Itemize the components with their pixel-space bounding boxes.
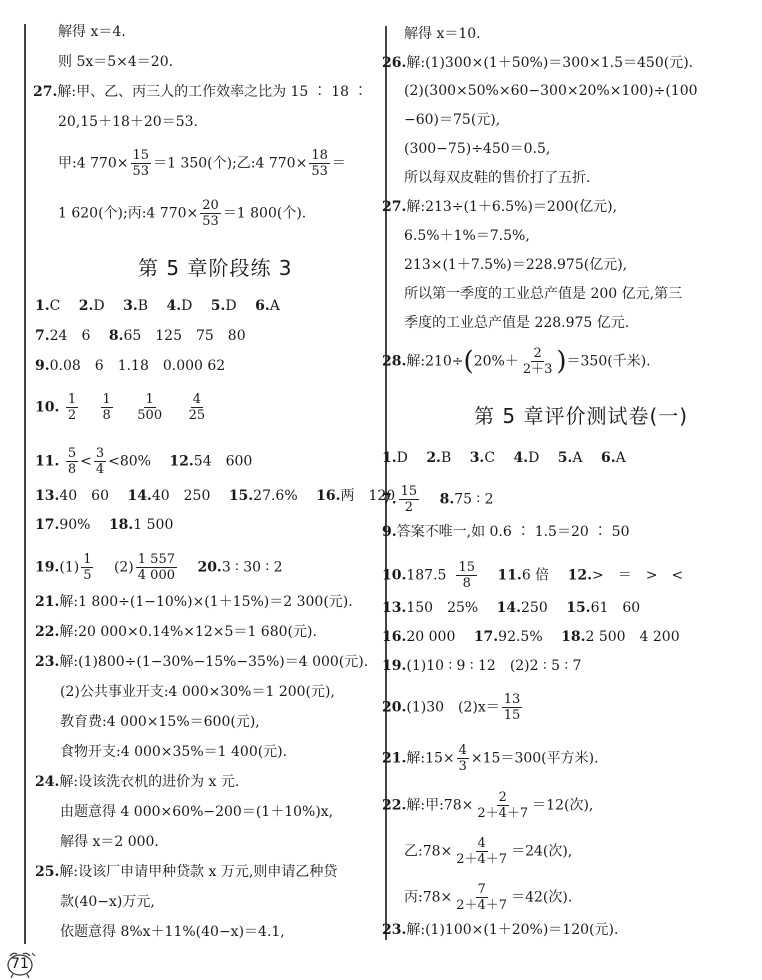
answer: 250 — [521, 600, 548, 616]
question-25: 25.解:设该厂申请甲种贷款 x 万元,则申请乙种贷 — [35, 862, 337, 882]
fraction: 22＋3 — [521, 346, 555, 377]
numerator: 2 — [531, 346, 543, 362]
denominator: 2＋3 — [521, 362, 555, 377]
question-24: 24.解:设该洗衣机的进价为 x 元. — [35, 772, 239, 792]
answer: D — [528, 450, 539, 466]
fraction: 152 — [399, 484, 420, 515]
denominator: 53 — [200, 214, 221, 229]
denominator: 4 — [94, 462, 106, 477]
question-number: 19. — [382, 658, 406, 674]
fraction: 1 5574 000 — [136, 552, 177, 583]
denominator: 8 — [66, 462, 78, 477]
denominator: 53 — [309, 164, 330, 179]
numerator: 15 — [131, 148, 152, 164]
section-title: 第 5 章评价测试卷(一) — [474, 400, 688, 429]
numerator: 1 — [66, 392, 78, 408]
solution-text: 解:20 000×0.14%×12×5＝1 680(元). — [59, 624, 317, 640]
question-27: 27.解:213÷(1＋6.5%)＝200(亿元), — [382, 197, 617, 217]
solution-line: 甲:4 770×1553＝1 350(个);乙:4 770×1853＝ — [58, 148, 346, 179]
solution-line: (2)(300×50%×60−300×20%×100)÷(100 — [404, 81, 698, 101]
answer: C — [50, 298, 61, 314]
text: ＝42(次). — [511, 890, 572, 906]
question-number: 1. — [35, 298, 50, 314]
question-number: 8. — [109, 328, 124, 344]
question-number: 2. — [79, 298, 94, 314]
answer: D — [225, 298, 236, 314]
fraction: 158 — [456, 560, 477, 591]
answer: 187.5 — [406, 568, 446, 584]
numerator: 1 — [101, 392, 113, 408]
question-number: 13. — [382, 600, 406, 616]
solution-text: 解:设该厂申请甲种贷款 x 万元,则申请乙种贷 — [59, 864, 337, 880]
fraction: 2053 — [200, 198, 221, 229]
solution-line: 解得 x＝10. — [404, 24, 481, 44]
answer: 27.6% — [253, 488, 297, 504]
solution-line: 食物开支:4 000×35%＝1 400(元). — [60, 742, 287, 762]
text: (2) — [114, 560, 134, 576]
answer: 2 500 4 200 — [585, 629, 679, 645]
question-number: 22. — [382, 798, 406, 814]
solution-line: 解得 x＝4. — [58, 22, 126, 42]
question-number: 4. — [513, 450, 528, 466]
answer-row: 13.150 25% 14.250 15.61 60 — [382, 598, 640, 618]
answer-row: 13.40 60 14.40 250 15.27.6% 16.两 120 — [35, 486, 395, 506]
text: 解:15× — [406, 751, 454, 767]
page-number-badge: 71 — [4, 950, 36, 978]
fraction: 1853 — [309, 148, 330, 179]
question-23: 23.解:(1)100×(1＋20%)＝120(元). — [382, 920, 618, 940]
answer: 6 倍 — [522, 568, 549, 584]
answer: 54 600 — [194, 454, 253, 470]
answer-row: 11. 58<34<80% 12.54 600 — [35, 446, 252, 477]
numerator: 4 — [476, 836, 488, 852]
denominator: 5 — [81, 568, 93, 583]
answer: D — [397, 450, 408, 466]
question-number: 12. — [169, 454, 193, 470]
question-23: 23.解:(1)800÷(1−30%−15%−35%)＝4 000(元). — [35, 652, 368, 672]
question-number: 12. — [568, 568, 592, 584]
left-margin-rule — [24, 24, 26, 944]
solution-line: 依题意得 8%x＋11%(40−x)＝4.1, — [60, 922, 285, 942]
question-number: 19. — [35, 560, 59, 576]
question-22: 22.解:20 000×0.14%×12×5＝1 680(元). — [35, 622, 317, 642]
denominator: 25 — [187, 408, 208, 423]
question-number: 3. — [123, 298, 138, 314]
question-number: 9. — [382, 524, 397, 540]
text: ＝1 800(个). — [223, 206, 306, 222]
answer: 65 125 75 80 — [123, 328, 245, 344]
fraction: 1553 — [131, 148, 152, 179]
solution-text: 解:(1)100×(1＋20%)＝120(元). — [406, 922, 618, 938]
question-number: 6. — [601, 450, 616, 466]
text: 解:210÷ — [406, 354, 463, 370]
solution-line: 1 620(个);丙:4 770×2053＝1 800(个). — [58, 198, 306, 229]
solution-line: 所以第一季度的工业总产值是 200 亿元,第三 — [404, 284, 682, 304]
answer-row: 1.C 2.D 3.B 4.D 5.D 6.A — [35, 296, 280, 316]
question-number: 20. — [197, 560, 221, 576]
question-number: 4. — [166, 298, 181, 314]
answer-row: 9.0.08 6 1.18 0.000 62 — [35, 356, 225, 376]
solution-line: 教育费:4 000×15%＝600(元), — [60, 712, 260, 732]
solution-text: 解:甲、乙、丙三人的工作效率之比为 15 ∶ 18 ∶ — [57, 84, 367, 100]
fraction: 1500 — [135, 392, 164, 423]
solution-line: 所以每双皮鞋的售价打了五折. — [404, 168, 590, 188]
answer: 92.5% — [498, 629, 542, 645]
numerator: 13 — [502, 692, 523, 708]
solution-line: 款(40−x)万元, — [60, 892, 155, 912]
question-number: 9. — [35, 358, 50, 374]
denominator: 53 — [131, 164, 152, 179]
answer: D — [93, 298, 104, 314]
fraction: 18 — [101, 392, 113, 423]
answer: 40 250 — [152, 488, 211, 504]
question-number: 20. — [382, 700, 406, 716]
answer-row: 19.(1)10 ∶ 9 ∶ 12 (2)2 ∶ 5 ∶ 7 — [382, 656, 581, 676]
question-27: 27.解:甲、乙、丙三人的工作效率之比为 15 ∶ 18 ∶ — [33, 82, 368, 102]
denominator: 2＋4＋7 — [454, 852, 509, 867]
question-number: 7. — [35, 328, 50, 344]
answer: A — [270, 298, 280, 314]
question-number: 11. — [497, 568, 521, 584]
text: 乙:78× — [404, 844, 452, 860]
text: 20%＋ — [474, 354, 519, 370]
question-number: 24. — [35, 774, 59, 790]
fraction: 15 — [81, 552, 93, 583]
answer: A — [616, 450, 626, 466]
question-number: 1. — [382, 450, 397, 466]
question-number: 8. — [440, 492, 455, 508]
answer: 1 500 — [133, 517, 173, 533]
question-number: 16. — [382, 629, 406, 645]
answer-row: 7.24 6 8.65 125 75 80 — [35, 326, 246, 346]
text: (1) — [59, 560, 79, 576]
question-number: 17. — [35, 517, 59, 533]
numerator: 4 — [457, 743, 469, 759]
answer-row: 10.187.5158 11.6 倍 12.> ＝ > < — [382, 560, 683, 591]
solution-text: 解:1 800÷(1−10%)×(1＋15%)＝2 300(元). — [59, 594, 352, 610]
question-number: 10. — [382, 568, 406, 584]
question-21: 21.解:1 800÷(1−10%)×(1＋15%)＝2 300(元). — [35, 592, 353, 612]
answer-row: 16.20 000 17.92.5% 18.2 500 4 200 — [382, 627, 680, 647]
numerator: 18 — [309, 148, 330, 164]
answer: B — [441, 450, 451, 466]
denominator: 15 — [502, 708, 523, 723]
fraction: 425 — [187, 392, 208, 423]
text: 甲:4 770× — [58, 156, 129, 172]
answer: (1)30 (2)x＝ — [406, 700, 499, 716]
denominator: 3 — [457, 759, 469, 774]
denominator: 2 — [403, 500, 415, 515]
question-number: 15. — [566, 600, 590, 616]
numerator: 7 — [476, 882, 488, 898]
answer: 0.08 6 1.18 0.000 62 — [50, 358, 226, 374]
question-26: 26.解:(1)300×(1＋50%)＝300×1.5＝450(元). — [382, 53, 693, 73]
solution-line: −60)＝75(元), — [404, 110, 500, 130]
answer: 答案不唯一,如 0.6 ∶ 1.5＝20 ∶ 50 — [397, 524, 630, 540]
text: ＝24(次), — [511, 844, 572, 860]
question-number: 16. — [316, 488, 340, 504]
numerator: 15 — [399, 484, 420, 500]
question-number: 10. — [35, 400, 59, 416]
question-22: 22.解:甲:78×22＋4＋7＝12(次), — [382, 790, 593, 821]
denominator: 4 000 — [136, 568, 177, 583]
solution-line: 季度的工业总产值是 228.975 亿元. — [404, 313, 629, 333]
answer: C — [484, 450, 495, 466]
text: ＝350(千米). — [567, 354, 651, 370]
numerator: 1 557 — [136, 552, 177, 568]
question-number: 14. — [127, 488, 151, 504]
numerator: 20 — [200, 198, 221, 214]
denominator: 2＋4＋7 — [454, 898, 509, 913]
question-number: 21. — [382, 751, 406, 767]
answer-row: 20.(1)30 (2)x＝1315 — [382, 692, 524, 723]
answer: 90% — [59, 517, 90, 533]
answer-row: 10. 12 18 1500 425 — [35, 392, 209, 423]
question-number: 23. — [382, 922, 406, 938]
solution-line: (2)公共事业开支:4 000×30%＝1 200(元), — [60, 682, 335, 702]
fraction: 42＋4＋7 — [454, 836, 509, 867]
solution-line: 解得 x＝2 000. — [60, 832, 159, 852]
answer-row: 1.D 2.B 3.C 4.D 5.A 6.A — [382, 448, 626, 468]
answer: D — [181, 298, 192, 314]
fraction: 72＋4＋7 — [454, 882, 509, 913]
solution-text: 解:(1)300×(1＋50%)＝300×1.5＝450(元). — [406, 55, 693, 71]
question-number: 5. — [211, 298, 226, 314]
fraction: 43 — [457, 743, 469, 774]
text: 丙:78× — [404, 890, 452, 906]
question-number: 27. — [382, 199, 406, 215]
text: ＝ — [332, 156, 346, 172]
solution-line: 213×(1＋7.5%)＝228.975(亿元), — [404, 255, 627, 275]
text: ＝1 350(个);乙:4 770× — [153, 156, 307, 172]
section-title: 第 5 章阶段练 3 — [138, 252, 293, 281]
numerator: 3 — [94, 446, 106, 462]
question-number: 28. — [382, 354, 406, 370]
answer: 150 25% — [406, 600, 478, 616]
text: ＝12(次), — [532, 798, 593, 814]
denominator: 500 — [135, 408, 164, 423]
fraction: 34 — [94, 446, 106, 477]
solution-text: 解:213÷(1＋6.5%)＝200(亿元), — [406, 199, 617, 215]
numerator: 4 — [191, 392, 203, 408]
question-number: 11. — [35, 454, 59, 470]
answer: 40 60 — [59, 488, 109, 504]
denominator: 2 — [66, 408, 78, 423]
question-number: 7. — [382, 492, 397, 508]
solution-text: 解:设该洗衣机的进价为 x 元. — [59, 774, 239, 790]
answer-row: 7.152 8.75 ∶ 2 — [382, 484, 494, 515]
question-number: 2. — [426, 450, 441, 466]
paren: ( — [464, 347, 474, 377]
question-21: 21.解:15×43×15＝300(平方米). — [382, 743, 599, 774]
fraction: 58 — [66, 446, 78, 477]
question-number: 5. — [558, 450, 573, 466]
numerator: 1 — [144, 392, 156, 408]
page-number: 71 — [11, 956, 29, 972]
question-number: 21. — [35, 594, 59, 610]
answer: 20 000 — [406, 629, 455, 645]
answer-row: 19.(1)15 (2)1 5574 000 20.3 ∶ 30 ∶ 2 — [35, 552, 283, 583]
numerator: 1 — [81, 552, 93, 568]
paren: ) — [556, 347, 566, 377]
solution-text: 解:(1)800÷(1−30%−15%−35%)＝4 000(元). — [59, 654, 368, 670]
question-number: 22. — [35, 624, 59, 640]
fraction: 12 — [66, 392, 78, 423]
solution-line: 由题意得 4 000×60%−200＝(1＋10%)x, — [60, 802, 333, 822]
solution-line: 丙:78×72＋4＋7＝42(次). — [404, 882, 572, 913]
answer: 3 ∶ 30 ∶ 2 — [222, 560, 283, 576]
text: 解:甲:78× — [406, 798, 473, 814]
denominator: 2＋4＋7 — [475, 806, 530, 821]
fraction: 1315 — [502, 692, 523, 723]
question-number: 26. — [382, 55, 406, 71]
text: <80% — [108, 454, 151, 470]
question-number: 27. — [33, 84, 57, 100]
question-number: 3. — [470, 450, 485, 466]
answer: B — [138, 298, 148, 314]
question-number: 25. — [35, 864, 59, 880]
numerator: 15 — [456, 560, 477, 576]
answer: 61 60 — [591, 600, 641, 616]
answer: 24 6 — [50, 328, 91, 344]
question-number: 14. — [497, 600, 521, 616]
answer-row: 9.答案不唯一,如 0.6 ∶ 1.5＝20 ∶ 50 — [382, 522, 629, 542]
solution-line: (300−75)÷450＝0.5, — [404, 139, 550, 159]
answer: (1)10 ∶ 9 ∶ 12 (2)2 ∶ 5 ∶ 7 — [406, 658, 581, 674]
question-number: 6. — [255, 298, 270, 314]
fraction: 22＋4＋7 — [475, 790, 530, 821]
denominator: 8 — [461, 576, 473, 591]
solution-line: 则 5x＝5×4＝20. — [58, 52, 173, 72]
text: ×15＝300(平方米). — [471, 751, 599, 767]
answer: > ＝ > < — [592, 568, 683, 584]
answer: 75 ∶ 2 — [454, 492, 493, 508]
question-number: 18. — [109, 517, 133, 533]
answer-row: 17.90% 18.1 500 — [35, 515, 173, 535]
solution-line: 20,15＋18＋20＝53. — [58, 112, 198, 132]
answer: A — [572, 450, 582, 466]
numerator: 5 — [66, 446, 78, 462]
question-number: 17. — [474, 629, 498, 645]
solution-line: 6.5%＋1%＝7.5%, — [404, 226, 530, 246]
question-number: 18. — [561, 629, 585, 645]
denominator: 8 — [101, 408, 113, 423]
question-28: 28.解:210÷(20%＋22＋3)＝350(千米). — [382, 346, 651, 377]
question-number: 23. — [35, 654, 59, 670]
question-number: 15. — [229, 488, 253, 504]
text: < — [80, 454, 92, 470]
numerator: 2 — [497, 790, 509, 806]
question-number: 13. — [35, 488, 59, 504]
solution-line: 乙:78×42＋4＋7＝24(次), — [404, 836, 572, 867]
text: 1 620(个);丙:4 770× — [58, 206, 198, 222]
